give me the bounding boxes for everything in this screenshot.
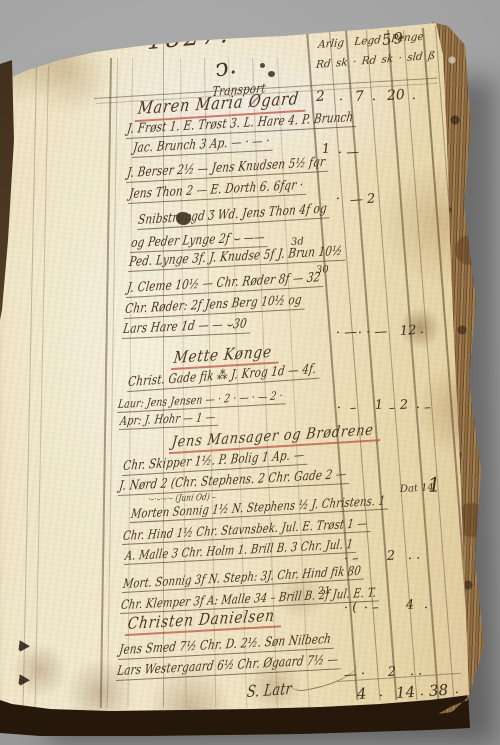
amount-value: — · [344,668,366,684]
ledger-entry: Christ. Gade fik ⁂ J. Krog 1d — 4f. [127,362,321,392]
amount-value: — 2 [350,192,376,208]
amount-value: – [350,402,357,417]
pencil-mark [65,28,80,49]
amount-value: · [420,327,425,342]
ledger-page: 1827. — ↄ. 59 Arlig Legd Penge Rd sk · R… [0,0,500,745]
photo-background: 1827. — ↄ. 59 Arlig Legd Penge Rd sk · R… [0,0,500,745]
amount-value: 2 [388,666,397,681]
ledger-entry: Apr: J. Hohr — 1 — [119,411,220,431]
amount-value: · [424,602,429,617]
entries-layer: Transport2·7·20·Maren Maria ØgardJ. Frøs… [0,0,500,745]
amount-value: 2 [316,89,326,105]
amount-value: 1 [375,399,384,414]
amount-value: · — [338,146,360,162]
amount-value: 20 [387,88,406,104]
amount-value: · [412,93,417,108]
amount-value: · [339,94,344,109]
ledger-entry: Lars Hare 1d — — ⌣30 [122,317,252,339]
totals-row: S. Latr [246,680,293,701]
amount-value: 2 [400,399,409,414]
margin-note: Dat 14 [400,482,434,495]
amount-value: · · [408,552,421,567]
amount-value: · · — [358,325,388,341]
ledger-entry: Jens Thon 2 — E. Dorth 6. 6fqr · [128,179,308,205]
amount-value: 2 [387,550,396,565]
amount-value: · – [416,401,432,416]
amount-value: · – [364,601,380,616]
ledger-entry: Snibstrupgd Ʒ Wd. Jens Thon 4f og [137,202,331,230]
amount-value: · · [410,668,423,683]
amount-value: · [379,690,384,705]
amount-value: 7 [355,89,365,105]
amount-value: · [372,94,377,109]
amount-value: – [389,402,396,417]
ledger-entry: Laur: Jens Jensen — · 2 · — · — 2 · [117,389,287,413]
amount-value: · ( [344,601,358,616]
pencil-mark [78,31,87,46]
amount-value: 14 [395,684,415,702]
amount-value: · [336,193,341,208]
ledger-entry: Jac. Brunch 3 Ap. — · — · [132,135,275,159]
amount-value: 4 [356,685,367,702]
ledger-entry: Chr. Røder: 2f Jens Berg 10½ og [124,293,306,319]
amount-value: 12 [400,324,417,339]
amount-value: · — [336,326,358,342]
amount-value: 38 [428,682,448,700]
amount-value: 4 [406,599,415,614]
amount-value: · [337,402,342,417]
